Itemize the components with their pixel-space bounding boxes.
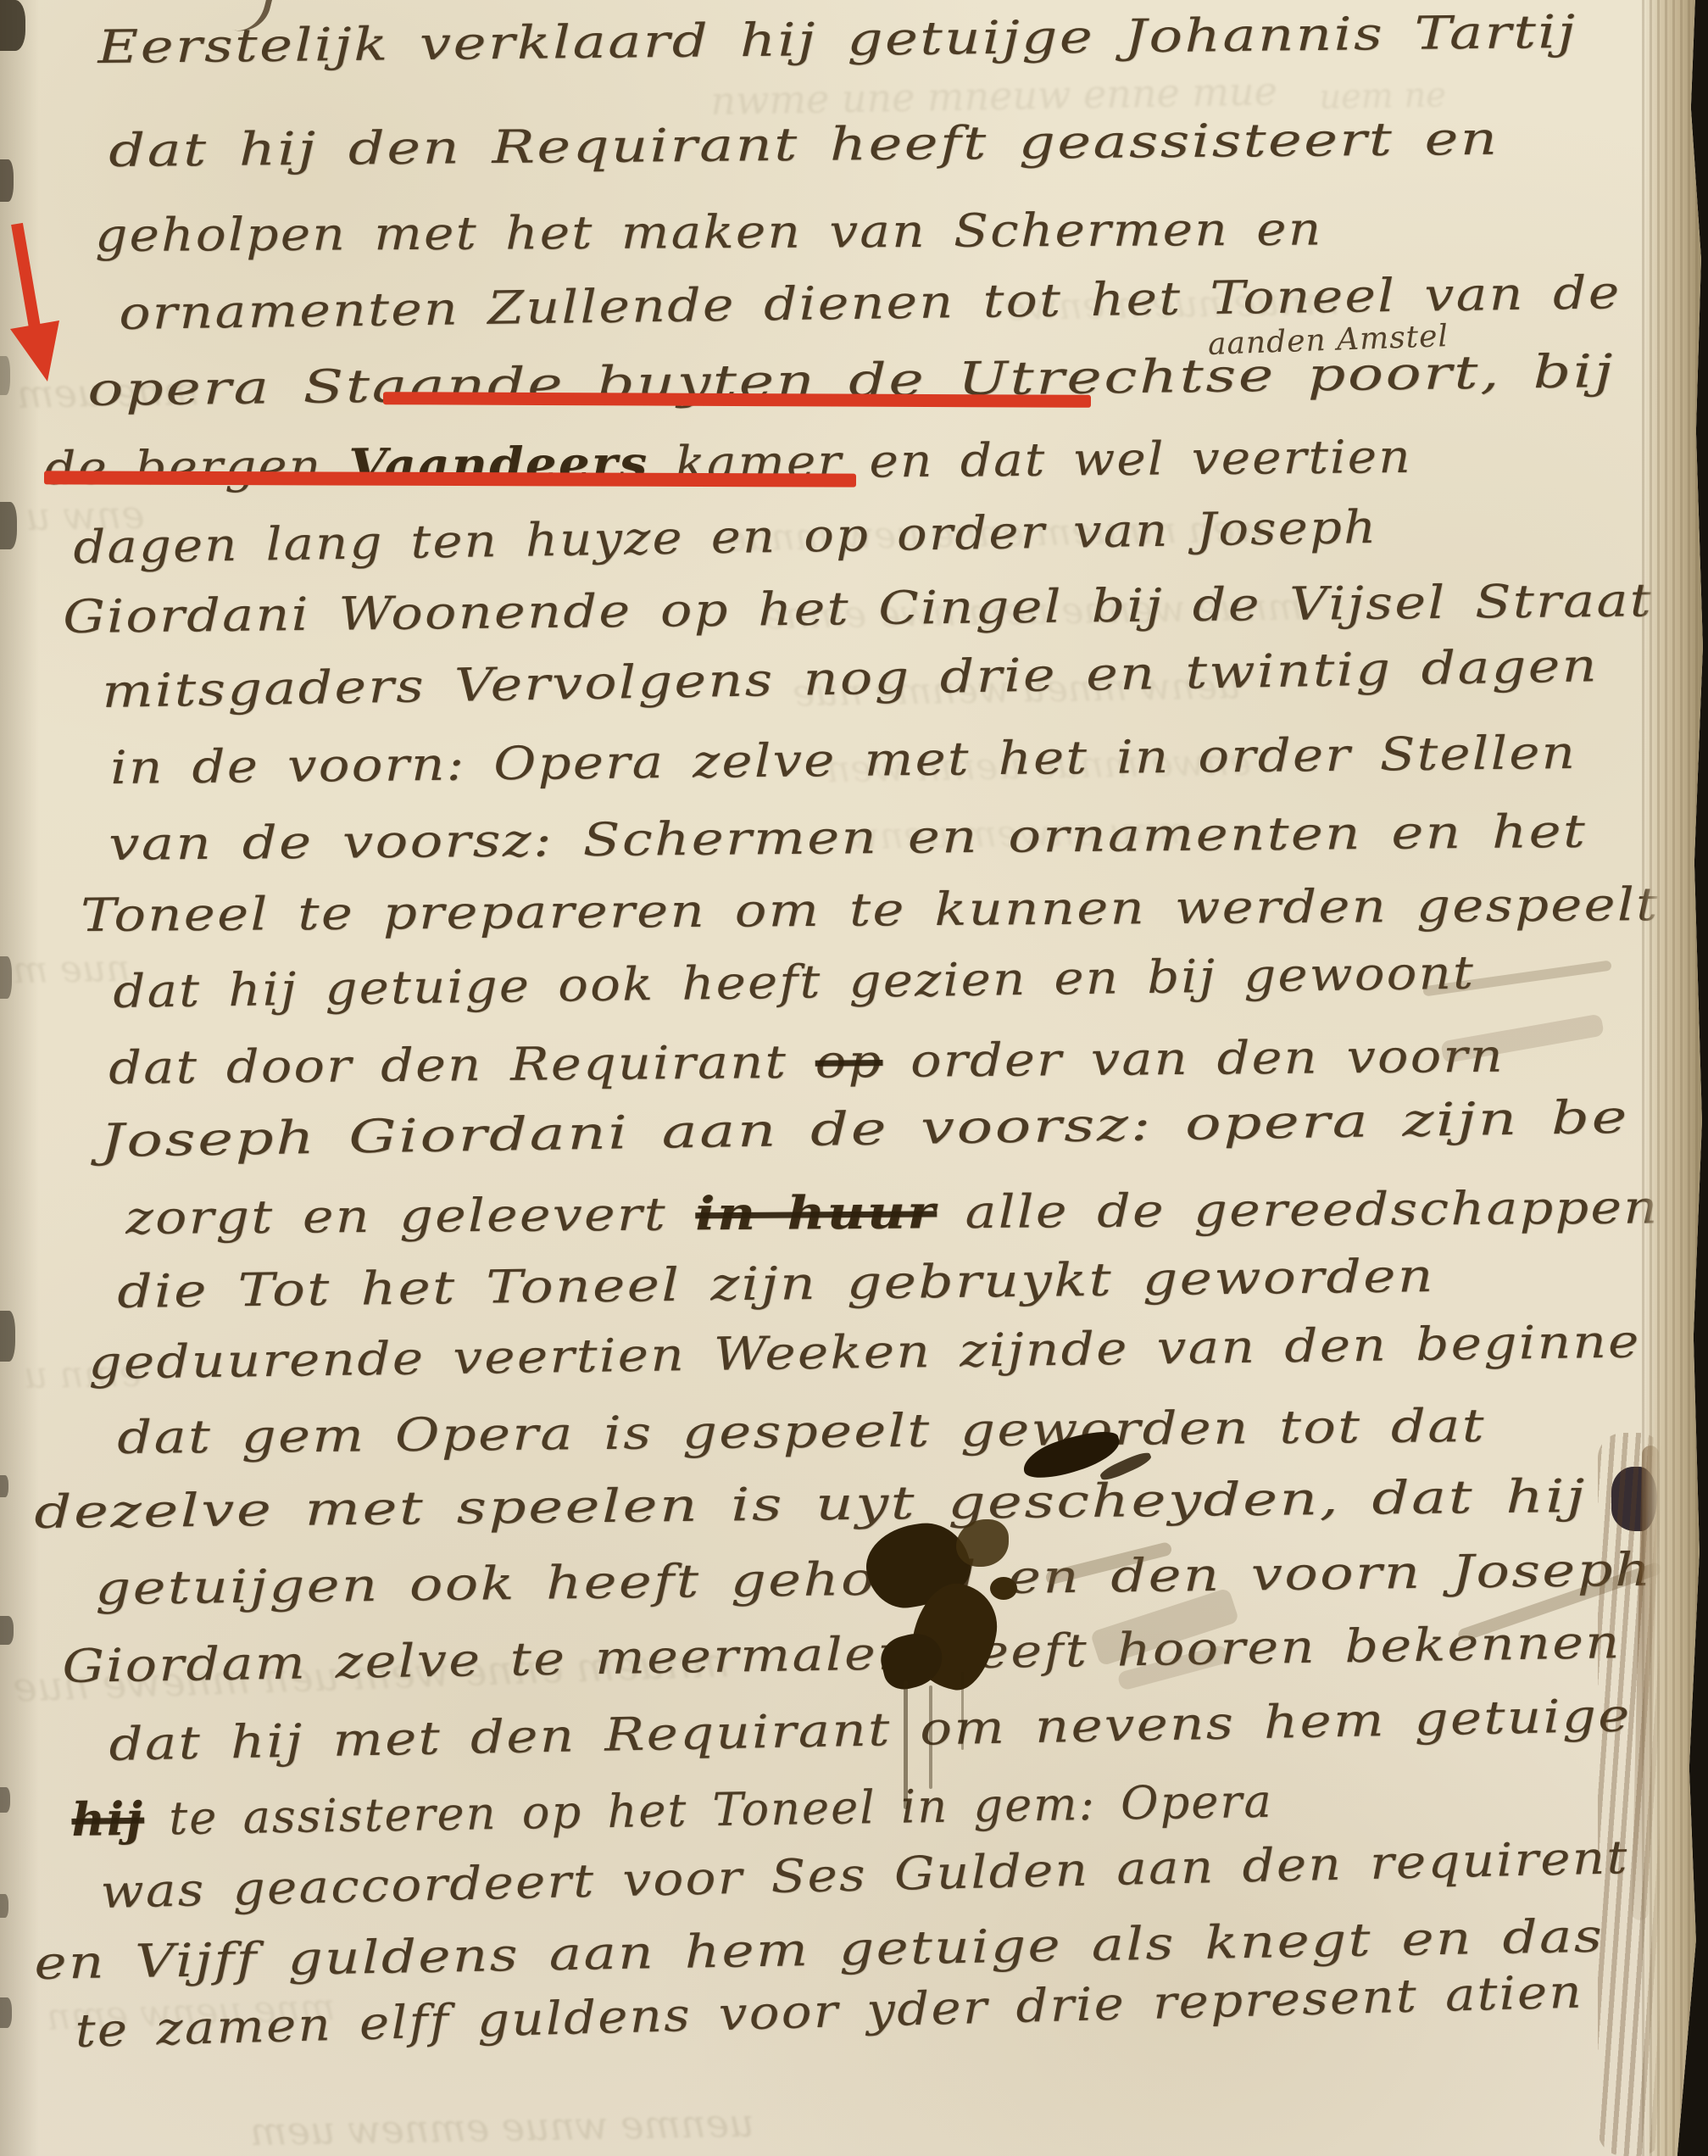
- manuscript-text: order van den voorn: [882, 1029, 1505, 1088]
- manuscript-line: van de voorsz: Schermen en ornamenten en…: [108, 808, 1587, 869]
- manuscript-line: die Tot het Toneel zijn gebruykt geworde…: [117, 1252, 1435, 1317]
- superscript-insertion: aanden Amstel: [1207, 321, 1449, 360]
- manuscript-line: dat hij met den Requirant om nevens hem …: [108, 1692, 1632, 1769]
- ink-drip: [904, 1680, 908, 1809]
- facing-page-ink-mark: [0, 159, 14, 202]
- scanned-manuscript-screenshot: { "document": { "kind": "handwritten man…: [0, 0, 1708, 2156]
- manuscript-line: dagen lang ten huyze en op order van Jos…: [73, 504, 1378, 572]
- manuscript-page: nwme une mneuw enne mueuem nemne uemenw …: [0, 0, 1708, 2156]
- ink-drip: [961, 1672, 964, 1750]
- manuscript-text: dezelve met speelen is uyt gescheyden, d…: [34, 1469, 1587, 1539]
- manuscript-text: alle de gereedschappen: [937, 1180, 1660, 1239]
- manuscript-text: de bergen: [44, 439, 349, 495]
- bleedthrough-ghost-text: nwme une mneuw enne mue: [710, 71, 1277, 120]
- manuscript-line: in de voorn: Opera zelve met het in orde…: [110, 729, 1577, 793]
- manuscript-text: geduurende veertien Weeken zijnde van de…: [88, 1314, 1641, 1390]
- manuscript-text: van de voorsz: Schermen en ornamenten en…: [108, 805, 1587, 871]
- manuscript-line: geholpen met het maken van Schermen en: [95, 205, 1323, 259]
- manuscript-line: dat hij den Requirant heeft geassisteert…: [108, 115, 1499, 175]
- manuscript-line: dezelve met speelen is uyt gescheyden, d…: [34, 1473, 1587, 1537]
- manuscript-line: Eerstelijk verklaard hij getuijge Johann…: [97, 8, 1577, 72]
- manuscript-text: was geaccordeert voor Ses Gulden aan den…: [100, 1830, 1629, 1919]
- manuscript-text: in de voorn: Opera zelve met het in orde…: [110, 726, 1577, 794]
- manuscript-text: dat hij met den Requirant om nevens hem …: [108, 1689, 1632, 1771]
- manuscript-text: te assisteren op het Toneel in gem: Oper…: [144, 1774, 1274, 1846]
- manuscript-text: geholpen met het maken van Schermen en: [95, 202, 1323, 262]
- manuscript-text: dagen lang ten huyze en op order van Jos…: [73, 500, 1378, 574]
- facing-page-ink-mark: [0, 502, 17, 549]
- bleedthrough-ghost-text: uem ne: [1319, 78, 1446, 114]
- manuscript-text: Giordam zelve te meermalen heeft hooren …: [62, 1615, 1622, 1693]
- manuscript-line: Giordani Woonende op het Cingel bij de V…: [63, 577, 1653, 641]
- facing-page-ink-mark: [0, 1311, 15, 1362]
- manuscript-line: zorgt en geleevert in huur alle de geree…: [125, 1183, 1660, 1242]
- manuscript-line: hij te assisteren op het Toneel in gem: …: [71, 1777, 1273, 1845]
- facing-page-ink-mark: [0, 1787, 10, 1813]
- manuscript-line: Joseph Giordani aan de voorsz: opera zij…: [100, 1094, 1629, 1166]
- ink-drip: [929, 1685, 932, 1789]
- deckled-page-edge: [1642, 0, 1708, 2156]
- manuscript-line: Toneel te prepareren om te kunnen werden…: [81, 881, 1660, 940]
- manuscript-line: geduurende veertien Weeken zijnde van de…: [88, 1318, 1641, 1387]
- ink-smear: [1440, 1014, 1605, 1064]
- manuscript-line: mitsgaders Vervolgens nog drie en twinti…: [102, 642, 1599, 716]
- manuscript-text: Toneel te prepareren om te kunnen werden…: [81, 877, 1660, 942]
- manuscript-line: dat gem Opera is gespeelt geworden tot d…: [117, 1402, 1486, 1462]
- manuscript-text: Eerstelijk verklaard hij getuijge Johann…: [97, 5, 1577, 74]
- manuscript-line: dat door den Requirant op order van den …: [108, 1033, 1505, 1093]
- manuscript-text: dat gem Opera is gespeelt geworden tot d…: [117, 1399, 1486, 1464]
- bleedthrough-ghost-text: uenme wnue emnew uem: [250, 2103, 754, 2151]
- facing-page-ink-mark: [0, 1475, 8, 1497]
- manuscript-text: in huur: [695, 1184, 937, 1240]
- facing-page-ink-mark: [0, 1616, 14, 1645]
- manuscript-line: Giordam zelve te meermalen heeft hooren …: [62, 1618, 1622, 1691]
- manuscript-text: dat hij den Requirant heeft geassisteert…: [108, 112, 1499, 177]
- facing-page-ink-mark: [0, 356, 10, 395]
- facing-page-ink-mark: [0, 1894, 8, 1918]
- manuscript-line: was geaccordeert voor Ses Gulden aan den…: [100, 1834, 1629, 1917]
- facing-page-ink-mark: [0, 956, 12, 999]
- ink-blot: [990, 1577, 1017, 1600]
- manuscript-text: op: [815, 1034, 882, 1089]
- manuscript-text: Giordani Woonende op het Cingel bij de V…: [63, 573, 1653, 643]
- manuscript-text: Joseph Giordani aan de voorsz: opera zij…: [100, 1090, 1629, 1167]
- red-arrow-annotation: [0, 210, 81, 393]
- facing-page-ink-mark: [0, 0, 25, 51]
- manuscript-text: hij: [71, 1791, 145, 1847]
- manuscript-text: zorgt en geleevert: [125, 1187, 696, 1245]
- manuscript-text: dat door den Requirant: [108, 1035, 815, 1095]
- manuscript-text: dat hij getuige ook heeft gezien en bij …: [113, 946, 1476, 1018]
- manuscript-text: die Tot het Toneel zijn gebruykt geworde…: [117, 1249, 1435, 1318]
- facing-page-ink-mark: [0, 1997, 12, 2028]
- manuscript-line: dat hij getuige ook heeft gezien en bij …: [113, 950, 1475, 1017]
- red-underline-vaandeers-kamer: [44, 471, 856, 487]
